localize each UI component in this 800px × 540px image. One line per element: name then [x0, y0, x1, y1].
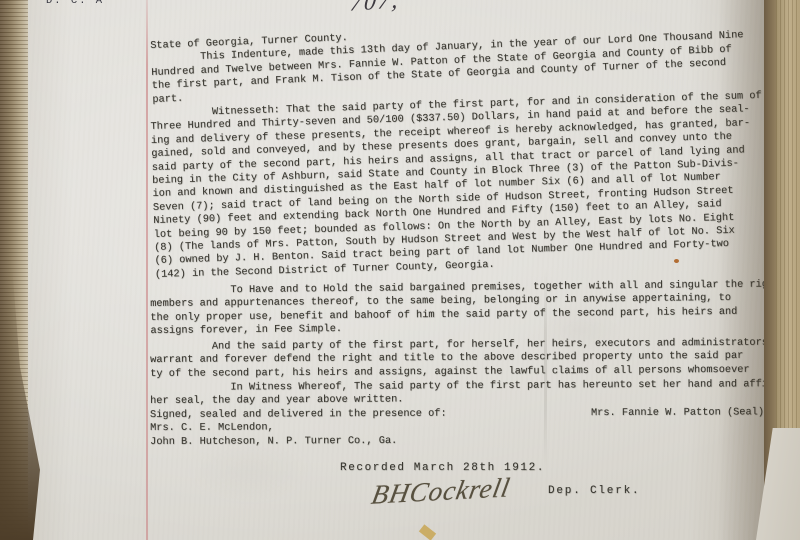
clerk-title-line: Dep. Clerk. [548, 485, 640, 497]
cropped-header-text: D. C. A [46, 0, 104, 7]
recorded-stamp-line: Recorded March 28th 1912. [340, 462, 545, 474]
paragraph-habendum: To Have and to Hold the said bargained p… [150, 278, 793, 338]
paragraph-testimonium: In Witness Whereof, The said party of th… [150, 378, 787, 409]
witness-line: John B. Hutcheson, N. P. Turner Co., Ga. [150, 433, 774, 449]
scanned-deed-page: D. C. A 707, State of Georgia, Turner Co… [0, 0, 800, 540]
paragraph-warranty: And the said party of the first part, fo… [150, 337, 793, 382]
red-margin-line [146, 0, 148, 540]
paragraph-witnesseth: Witnesseth: That the said party of the f… [150, 90, 767, 282]
paragraph-attestation: Signed, sealed and delivered in the pres… [150, 406, 774, 449]
rust-speck [674, 259, 679, 263]
attestation-line: Signed, sealed and delivered in the pres… [150, 406, 774, 422]
presence-line: Signed, sealed and delivered in the pres… [150, 408, 447, 423]
